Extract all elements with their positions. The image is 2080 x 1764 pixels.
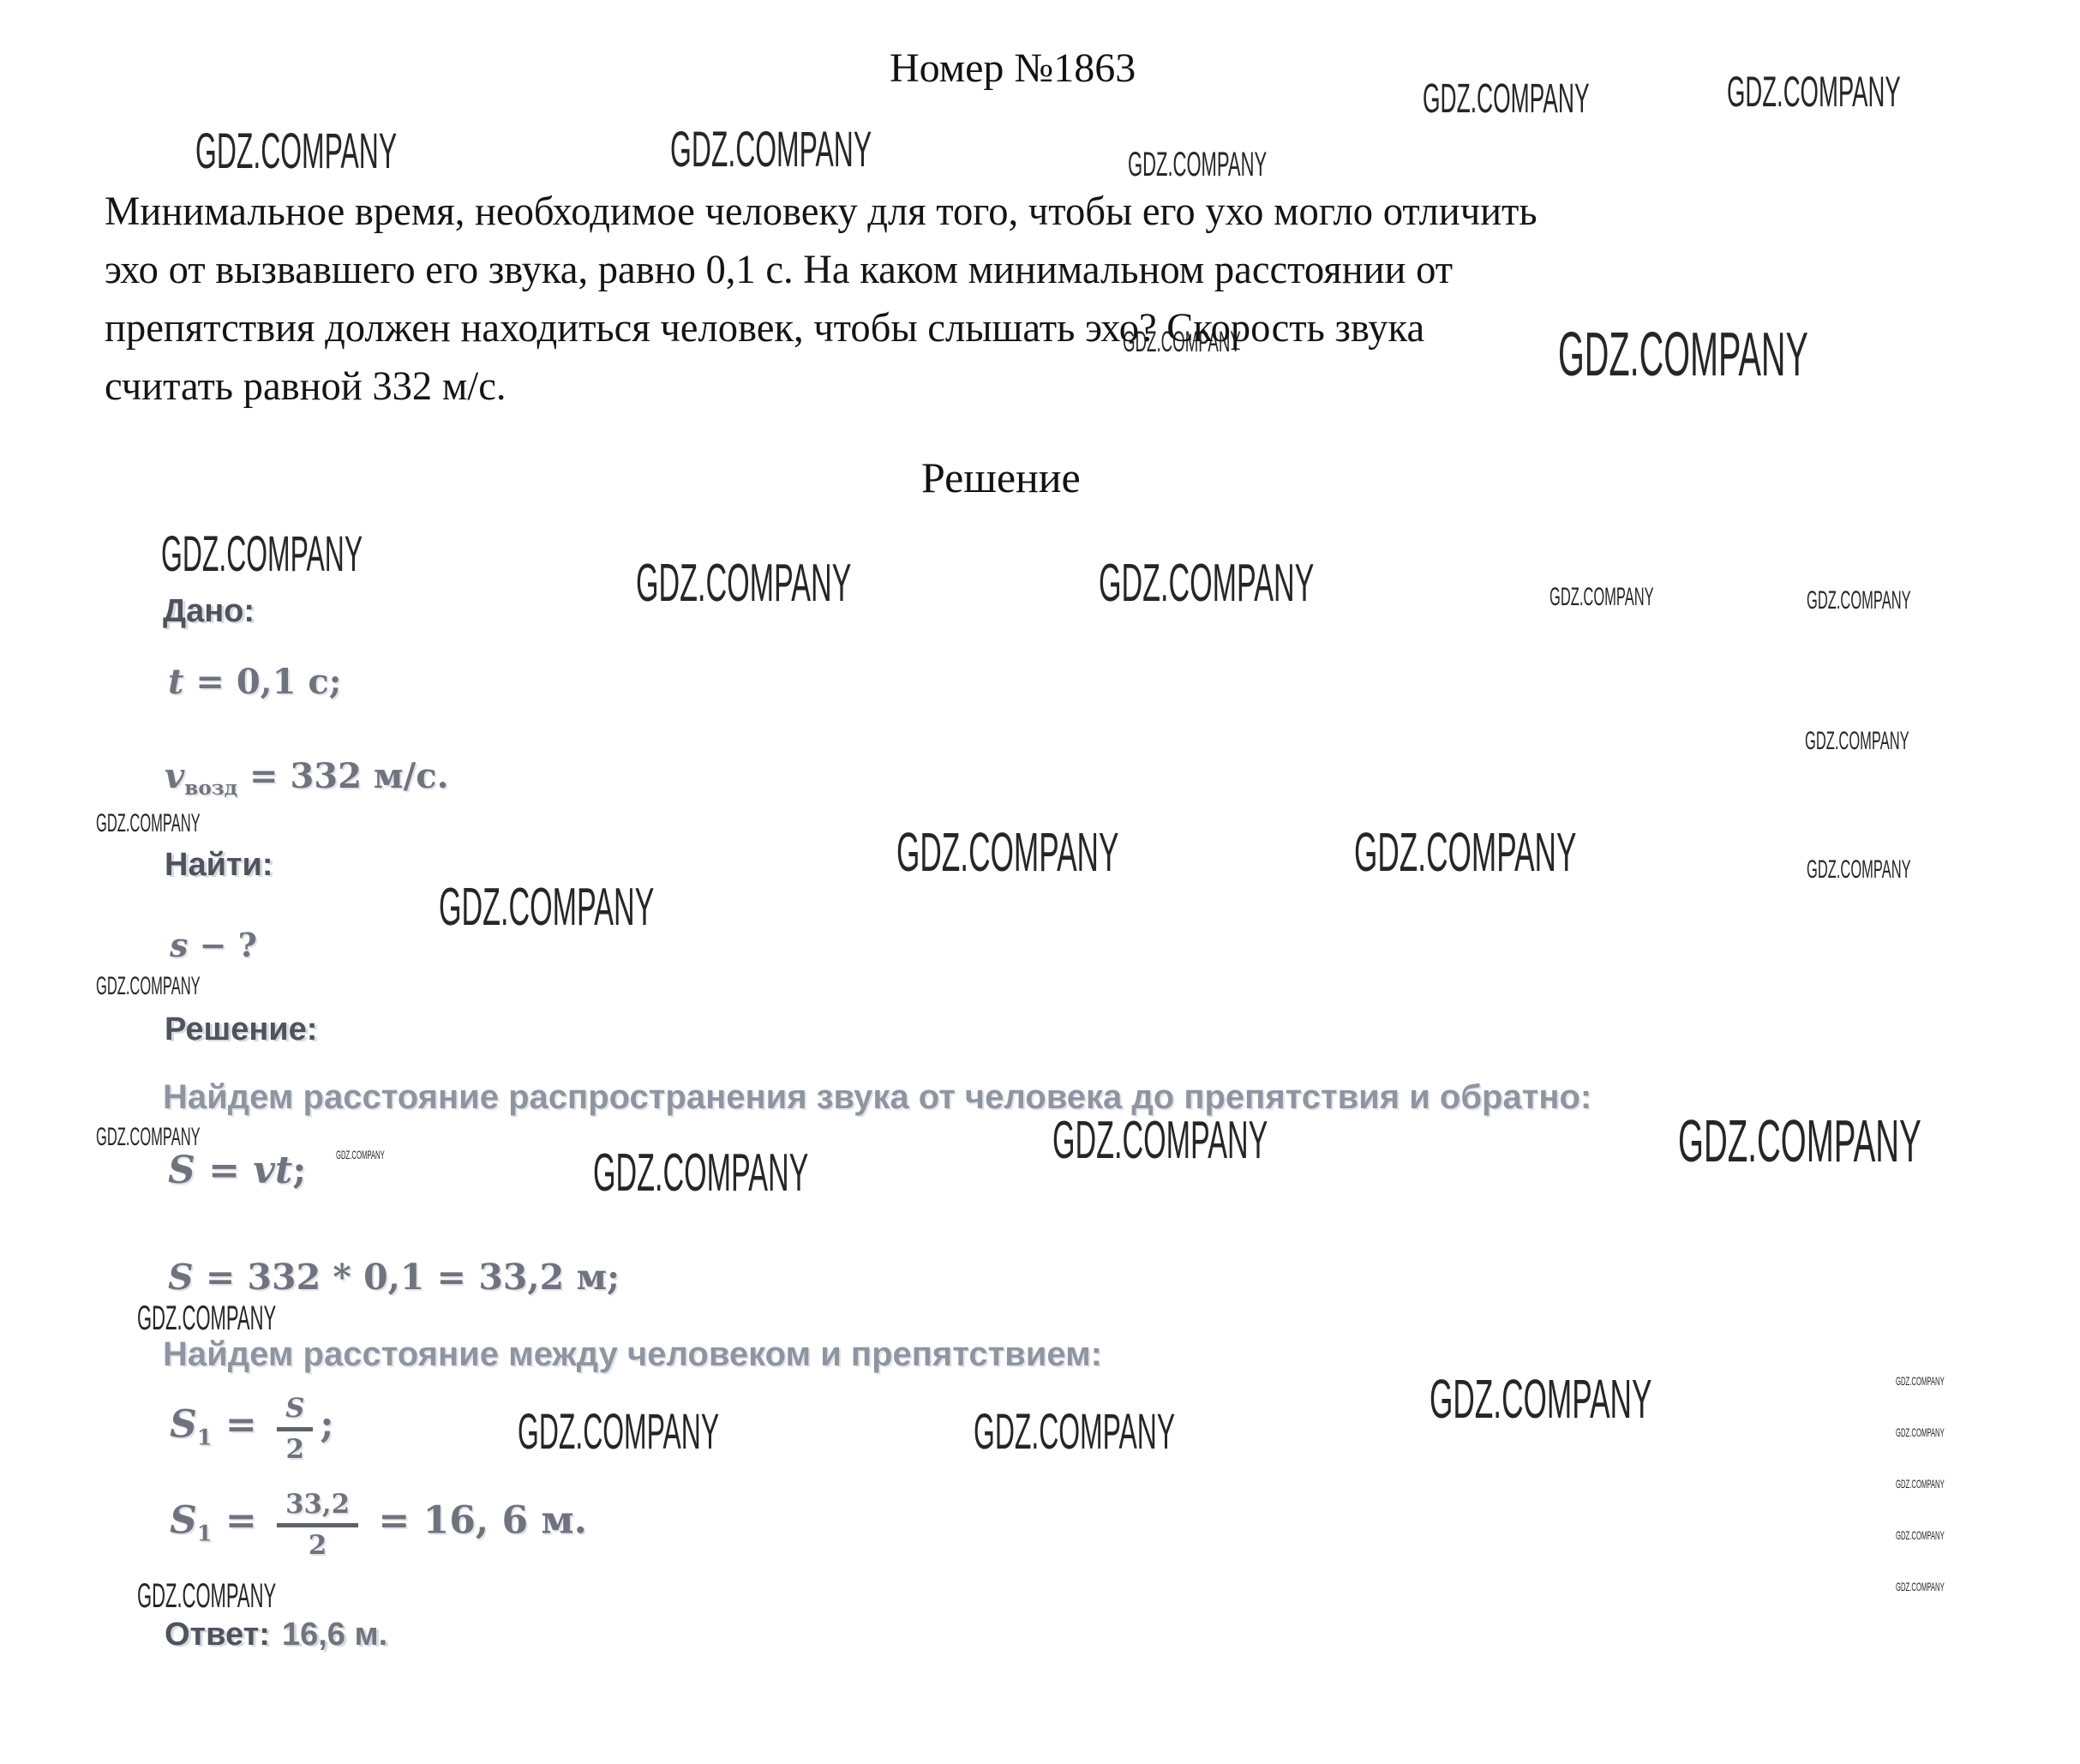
speed-subscript: возд (184, 777, 237, 800)
watermark-text: GDZ.COMPANY (137, 1301, 276, 1335)
watermark-text: GDZ.COMPANY (1727, 70, 1901, 113)
formula4-result: = 16, 6 м. (365, 1499, 587, 1543)
watermark-text: GDZ.COMPANY (1558, 324, 1808, 386)
problem-text-line: эхо от вызвавшего его звука, равно 0,1 с… (105, 245, 1453, 295)
time-variable: t (168, 662, 183, 702)
problem-text-line: считать равной 332 м/с. (105, 362, 507, 411)
formula3-end: ; (320, 1403, 333, 1447)
formula3-lhs: S (170, 1403, 197, 1447)
formula3-subscript: 1 (197, 1425, 213, 1451)
watermark-text: GDZ.COMPANY (137, 1579, 276, 1613)
solution-step1-text: Найдем расстояние распространения звука … (163, 1078, 1591, 1117)
watermark-text: GDZ.COMPANY (1354, 825, 1576, 879)
speed-value: = 332 м/с. (237, 756, 448, 796)
document-page: GDZ.COMPANYGDZ.COMPANYGDZ.COMPANYGDZ.COM… (0, 0, 2080, 1764)
watermark-text: GDZ.COMPANY (974, 1407, 1175, 1457)
formula4-equals: = (213, 1499, 271, 1543)
formula2-rest: = 332 * 0,1 = 33,2 м; (194, 1257, 620, 1298)
watermark-text: GDZ.COMPANY (1896, 1478, 1945, 1490)
watermark-text: GDZ.COMPANY (96, 1125, 201, 1150)
watermark-text: GDZ.COMPANY (636, 557, 851, 610)
formula4-fraction: 33,22 (277, 1491, 358, 1559)
watermark-text: GDZ.COMPANY (439, 881, 654, 934)
watermark-text: GDZ.COMPANY (1805, 729, 1909, 754)
solution-heading: Решение (921, 453, 1081, 502)
watermark-text: GDZ.COMPANY (161, 530, 363, 579)
given-speed-formula: vвозд = 332 м/с. (165, 756, 449, 800)
formula-s1-definition: S1 = S2; (170, 1395, 334, 1463)
time-value: = 0,1 с; (183, 662, 341, 702)
watermark-text: GDZ.COMPANY (1099, 557, 1314, 610)
answer-value: 16,6 м. (282, 1617, 387, 1653)
watermark-text: GDZ.COMPANY (1128, 147, 1267, 182)
fraction-denominator: 2 (277, 1527, 358, 1559)
formula4-lhs: S (170, 1499, 197, 1543)
given-label: Дано: (163, 593, 255, 630)
formula1-end: ; (292, 1149, 306, 1192)
fraction-numerator: S (277, 1395, 313, 1427)
solution-step2-text: Найдем расстояние между человеком и преп… (163, 1335, 1102, 1374)
watermark-text: GDZ.COMPANY (1896, 1375, 1945, 1387)
watermark-text: GDZ.COMPANY (96, 811, 201, 837)
watermark-text: GDZ.COMPANY (670, 125, 872, 175)
given-time-formula: t = 0,1 с; (168, 662, 342, 702)
formula-s1-calculation: S1 = 33,22 = 16, 6 м. (170, 1491, 587, 1559)
watermark-text: GDZ.COMPANY (896, 825, 1118, 879)
find-expression: s − ? (170, 926, 257, 964)
formula2-lhs: S (168, 1257, 194, 1298)
formula1-rhs: vt (253, 1149, 292, 1192)
formula1-equals: = (195, 1149, 254, 1192)
find-question: − ? (188, 926, 257, 964)
watermark-text: GDZ.COMPANY (195, 127, 397, 177)
page-title: Номер №1863 (890, 45, 1136, 92)
watermark-text: GDZ.COMPANY (1896, 1581, 1945, 1593)
watermark-text: GDZ.COMPANY (1678, 1111, 1921, 1171)
formula4-subscript: 1 (197, 1521, 213, 1547)
watermark-text: GDZ.COMPANY (1550, 585, 1654, 610)
answer-line: Ответ:16,6 м. (165, 1617, 387, 1653)
find-variable: s (170, 926, 188, 964)
formula1-lhs: S (168, 1149, 195, 1192)
solution-label: Решение: (165, 1011, 317, 1048)
watermark-text: GDZ.COMPANY (593, 1147, 808, 1200)
fraction-denominator: 2 (277, 1431, 313, 1463)
watermark-text: GDZ.COMPANY (1423, 79, 1590, 120)
watermark-text: GDZ.COMPANY (1896, 1529, 1945, 1541)
watermark-text: GDZ.COMPANY (336, 1149, 385, 1161)
watermark-text: GDZ.COMPANY (1807, 857, 1911, 883)
speed-variable: v (165, 756, 184, 796)
answer-label: Ответ: (165, 1617, 270, 1653)
watermark-text: GDZ.COMPANY (1896, 1426, 1945, 1438)
formula3-fraction: S2 (277, 1395, 313, 1463)
formula3-equals: = (213, 1403, 271, 1447)
watermark-text: GDZ.COMPANY (1430, 1371, 1651, 1426)
watermark-text: GDZ.COMPANY (1052, 1114, 1268, 1167)
fraction-numerator: 33,2 (277, 1491, 358, 1523)
formula-s-calculation: S = 332 * 0,1 = 33,2 м; (168, 1257, 620, 1298)
problem-text-line: Минимальное время, необходимое человеку … (105, 187, 1538, 237)
watermark-text: GDZ.COMPANY (518, 1407, 719, 1457)
watermark-text: GDZ.COMPANY (1807, 588, 1911, 614)
watermark-text: GDZ.COMPANY (96, 974, 201, 999)
find-label: Найти: (165, 847, 273, 884)
formula-s-vt: S = vt; (168, 1149, 306, 1192)
problem-text-line: препятствия должен находиться человек, ч… (105, 303, 1424, 353)
